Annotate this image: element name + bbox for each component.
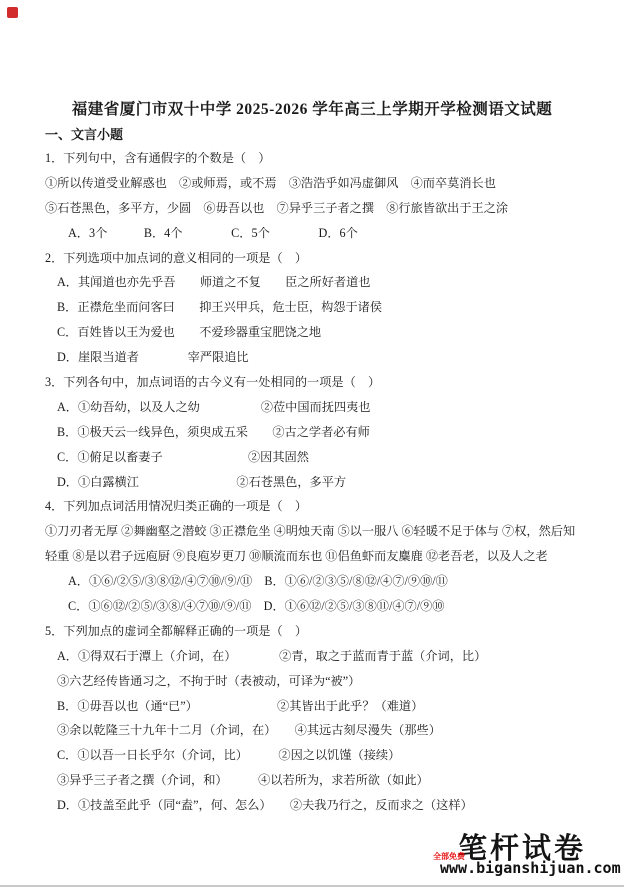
section-heading: 一、文言小题 xyxy=(45,124,123,143)
question-1-line-1: 1．下列句中，含有通假字的个数是（ ） xyxy=(0,146,624,171)
question-2-line-3: B．正襟危坐而问客曰 抑王兴甲兵，危士臣，构怨于诸侯 xyxy=(0,295,624,320)
questions-list: 1．下列句中，含有通假字的个数是（ ）①所以传道受业解惑也 ②或师焉，或不焉 ③… xyxy=(0,146,624,818)
watermark-url-text: www.biganshijuan.com xyxy=(440,859,621,877)
bottom-divider xyxy=(0,885,624,887)
question-4-line-3: 轻重 ⑧是以君子远庖厨 ⑨良庖岁更刀 ⑩顺流而东也 ⑪侣鱼虾而友麋鹿 ⑫老吾老，… xyxy=(0,544,624,569)
question-2-line-2: A．其闻道也亦先乎吾 师道之不复 臣之所好者道也 xyxy=(0,270,624,295)
question-1-line-4: A．3个 B．4个 C．5个 D．6个 xyxy=(0,221,624,246)
question-5-line-2: A．①得双石于潭上（介词，在） ②青，取之于蓝而青于蓝（介词，比） xyxy=(0,644,624,669)
question-2-line-1: 2．下列选项中加点词的意义相同的一项是（ ） xyxy=(0,246,624,271)
question-5-line-1: 5．下列加点的虚词全都解释正确的一项是（ ） xyxy=(0,619,624,644)
exam-paper-page: 福建省厦门市双十中学 2025-2026 学年高三上学期开学检测语文试题 一、文… xyxy=(0,0,624,892)
question-3-line-3: B．①极天云一线异色，须臾成五采 ②古之学者必有师 xyxy=(0,420,624,445)
red-corner-marker xyxy=(7,7,18,18)
question-4-line-5: C．①⑥⑫/②⑤/③⑧/④⑦⑩/⑨/⑪ D．①⑥⑫/②⑤/③⑧⑪/④⑦/⑨⑩ xyxy=(0,594,624,619)
question-1-line-2: ①所以传道受业解惑也 ②或师焉，或不焉 ③浩浩乎如冯虚御风 ④而卒莫消长也 xyxy=(0,171,624,196)
question-3-line-5: D．①白露横江 ②石苍黑色，多平方 xyxy=(0,470,624,495)
question-5-line-5: ③余以乾隆三十九年十二月（介词，在） ④其远古刻尽漫失（那些） xyxy=(0,718,624,743)
question-5-line-3: ③六艺经传皆通习之，不拘于时（表被动，可译为“被”） xyxy=(0,669,624,694)
question-4-line-4: A．①⑥/②⑤/③⑧⑫/④⑦⑩/⑨/⑪ B．①⑥/②③⑤/⑧⑫/④⑦/⑨⑩/⑪ xyxy=(0,569,624,594)
exam-title: 福建省厦门市双十中学 2025-2026 学年高三上学期开学检测语文试题 xyxy=(0,97,624,119)
question-5-line-8: D．①技盖至此乎（同“盍”，何、怎么） ②夫我乃行之，反而求之（这样） xyxy=(0,793,624,818)
question-5-line-7: ③异乎三子者之撰（介词，和） ④以若所为，求若所欲（如此） xyxy=(0,768,624,793)
question-4-line-1: 4．下列加点词活用情况归类正确的一项是（ ） xyxy=(0,494,624,519)
question-5-line-6: C．①以吾一日长乎尔（介词，比） ②因之以饥馑（接续） xyxy=(0,743,624,768)
question-5-line-4: B．①毋吾以也（通“已”） ②其皆出于此乎？（难道） xyxy=(0,694,624,719)
question-2-line-5: D．崖限当道者 宰严限追比 xyxy=(0,345,624,370)
question-3-line-4: C．①俯足以畜妻子 ②因其固然 xyxy=(0,445,624,470)
question-3-line-1: 3．下列各句中，加点词语的古今义有一处相同的一项是（ ） xyxy=(0,370,624,395)
question-4-line-2: ①刀刃者无厚 ②舞幽壑之潜蛟 ③正襟危坐 ④明烛天南 ⑤以一服八 ⑥轻暖不足于体… xyxy=(0,519,624,544)
question-1-line-3: ⑤石苍黑色，多平方，少圆 ⑥毋吾以也 ⑦异乎三子者之撰 ⑧行旅皆欲出于王之涂 xyxy=(0,196,624,221)
question-2-line-4: C．百姓皆以王为爱也 不爱珍器重宝肥饶之地 xyxy=(0,320,624,345)
question-3-line-2: A．①幼吾幼，以及人之幼 ②莅中国而抚四夷也 xyxy=(0,395,624,420)
